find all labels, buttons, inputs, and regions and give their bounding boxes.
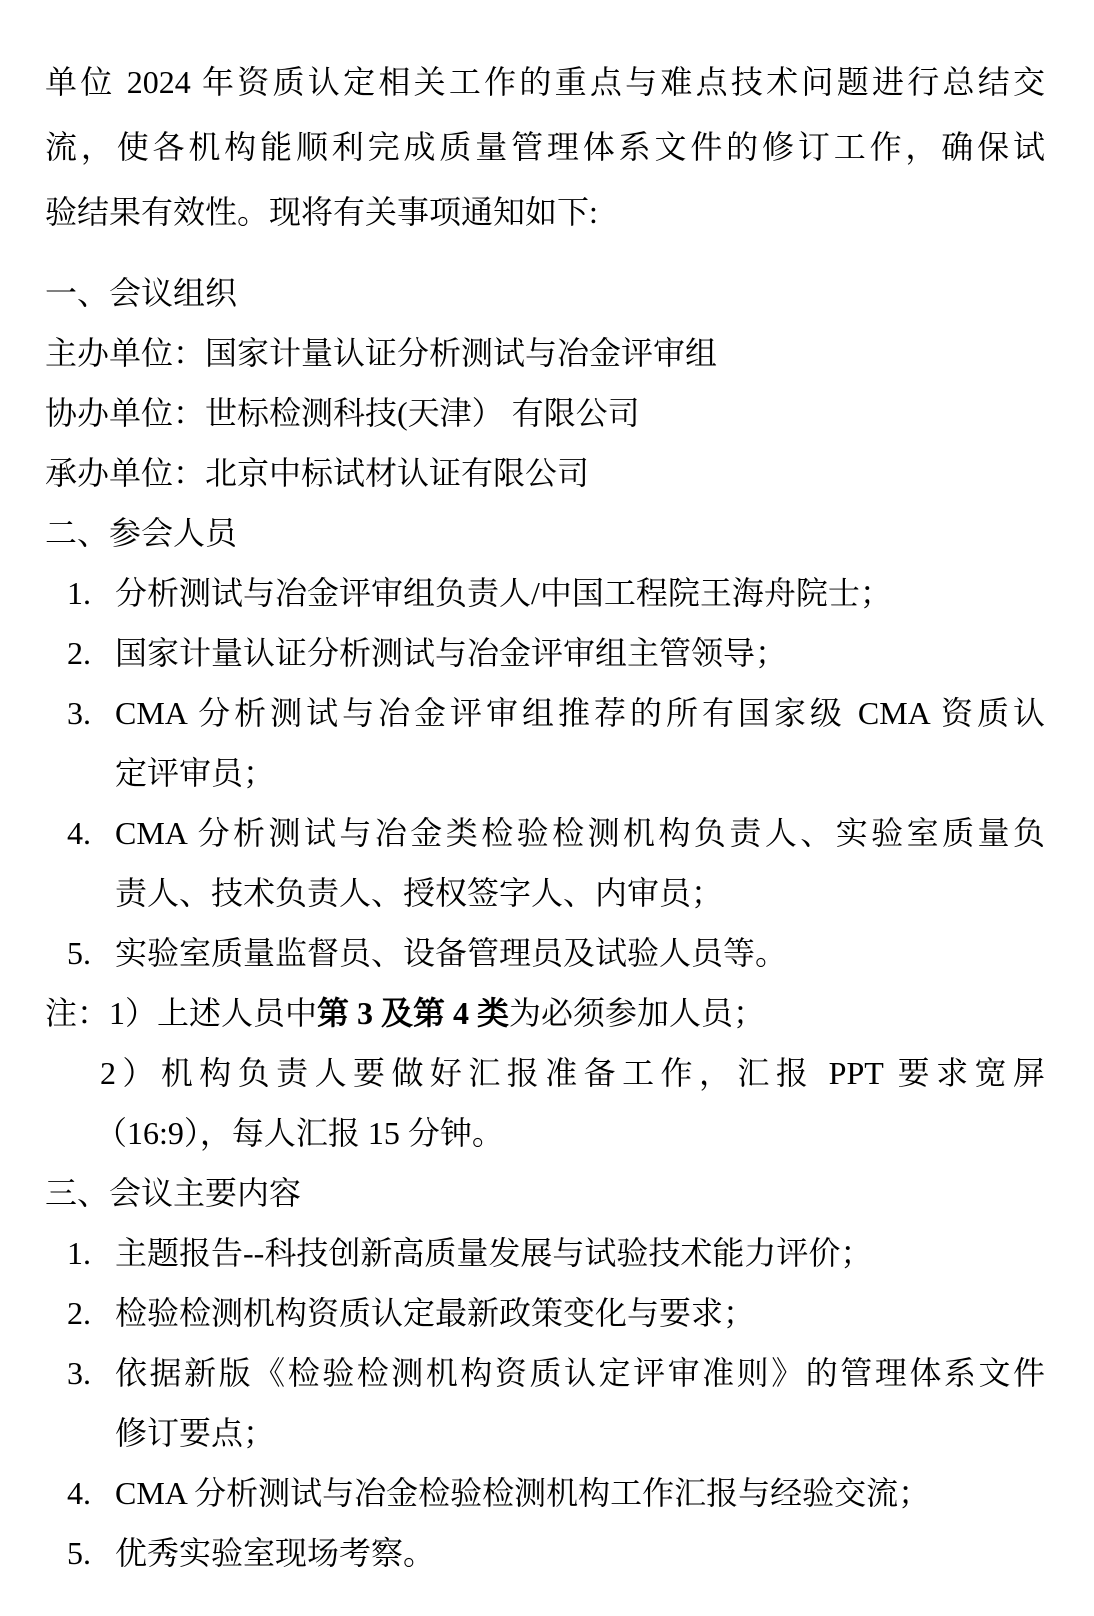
note-1-prefix: 注：1）上述人员中: [45, 995, 317, 1031]
participant-item-5: 5. 实验室质量监督员、设备管理员及试验人员等。: [45, 923, 1045, 983]
note-1-suffix: 为必须参加人员；: [509, 995, 765, 1031]
item-number: 1.: [67, 1223, 91, 1283]
section-two-heading: 二、参会人员: [45, 503, 1045, 563]
undertaker-unit-line: 承办单位：北京中标试材认证有限公司: [45, 443, 1045, 503]
notes-line-3: （16:9），每人汇报 15 分钟。: [45, 1103, 1045, 1163]
intro-line-2: 流，使各机构能顺利完成质量管理体系文件的修订工作，确保试: [45, 115, 1045, 180]
item-number: 4.: [67, 803, 91, 863]
item-number: 2.: [67, 1283, 91, 1343]
intro-paragraph: 单位 2024 年资质认定相关工作的重点与难点技术问题进行总结交 流，使各机构能…: [45, 50, 1045, 245]
co-host-unit-line: 协办单位：世标检测科技(天津） 有限公司: [45, 383, 1045, 443]
participant-item-4-cont: 责人、技术负责人、授权签字人、内审员；: [45, 863, 1045, 923]
item-text: CMA 分析测试与冶金检验检测机构工作汇报与经验交流；: [115, 1475, 930, 1511]
notes-line-1: 注：1）上述人员中第 3 及第 4 类为必须参加人员；: [45, 983, 1045, 1043]
item-number: 1.: [67, 563, 91, 623]
notes-line-2: 2）机构负责人要做好汇报准备工作，汇报 PPT 要求宽屏: [45, 1043, 1045, 1103]
participant-item-1: 1. 分析测试与冶金评审组负责人/中国工程院王海舟院士；: [45, 563, 1045, 623]
item-text: 检验检测机构资质认定最新政策变化与要求；: [115, 1295, 755, 1331]
agenda-item-3: 3.依据新版《检验检测机构资质认定评审准则》的管理体系文件: [45, 1343, 1045, 1403]
item-text: 依据新版《检验检测机构资质认定评审准则》的管理体系文件: [115, 1355, 1045, 1391]
agenda-item-1: 1. 主题报告--科技创新高质量发展与试验技术能力评价；: [45, 1223, 1045, 1283]
agenda-item-4: 4. CMA 分析测试与冶金检验检测机构工作汇报与经验交流；: [45, 1463, 1045, 1523]
section-three-heading: 三、会议主要内容: [45, 1163, 1045, 1223]
agenda-item-3-cont: 修订要点；: [45, 1403, 1045, 1463]
item-number: 3.: [67, 1343, 91, 1403]
item-number: 5.: [67, 923, 91, 983]
item-text: 分析测试与冶金评审组负责人/中国工程院王海舟院士；: [115, 575, 892, 611]
item-text: CMA 分析测试与冶金类检验检测机构负责人、实验室质量负: [115, 815, 1045, 851]
item-text: 实验室质量监督员、设备管理员及试验人员等。: [115, 935, 787, 971]
document-page: 单位 2024 年资质认定相关工作的重点与难点技术问题进行总结交 流，使各机构能…: [0, 0, 1094, 1616]
item-text: 国家计量认证分析测试与冶金评审组主管领导；: [115, 635, 787, 671]
section-one-heading: 一、会议组织: [45, 263, 1045, 323]
item-text: CMA 分析测试与冶金评审组推荐的所有国家级 CMA 资质认: [115, 695, 1045, 731]
host-unit-line: 主办单位：国家计量认证分析测试与冶金评审组: [45, 323, 1045, 383]
participant-item-3: 3.CMA 分析测试与冶金评审组推荐的所有国家级 CMA 资质认: [45, 683, 1045, 743]
item-number: 2.: [67, 623, 91, 683]
intro-line-1: 单位 2024 年资质认定相关工作的重点与难点技术问题进行总结交: [45, 50, 1045, 115]
item-number: 4.: [67, 1463, 91, 1523]
participant-item-2: 2. 国家计量认证分析测试与冶金评审组主管领导；: [45, 623, 1045, 683]
intro-line-3: 验结果有效性。现将有关事项通知如下:: [45, 180, 1045, 245]
participant-item-4: 4.CMA 分析测试与冶金类检验检测机构负责人、实验室质量负: [45, 803, 1045, 863]
participant-item-3-cont: 定评审员；: [45, 743, 1045, 803]
item-text: 优秀实验室现场考察。: [115, 1535, 435, 1571]
agenda-item-5: 5. 优秀实验室现场考察。: [45, 1523, 1045, 1583]
agenda-item-2: 2. 检验检测机构资质认定最新政策变化与要求；: [45, 1283, 1045, 1343]
item-number: 5.: [67, 1523, 91, 1583]
item-number: 3.: [67, 683, 91, 743]
item-text: 主题报告--科技创新高质量发展与试验技术能力评价；: [115, 1235, 872, 1271]
note-1-bold: 第 3 及第 4 类: [317, 995, 509, 1031]
